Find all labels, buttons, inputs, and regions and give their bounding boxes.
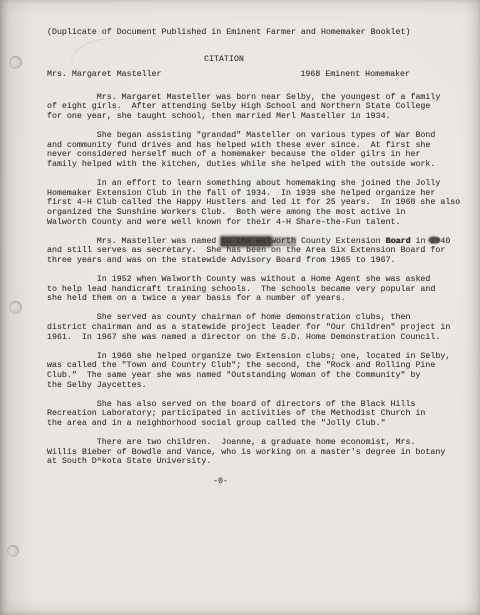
document-page: (Duplicate of Document Published in Emin… xyxy=(0,0,480,615)
paragraph-war-bond: She began assisting "grandad" Masteller … xyxy=(47,131,437,169)
ink-smudge: worth xyxy=(271,237,296,246)
end-mark: -0- xyxy=(47,477,437,487)
byline-name: Mrs. Margaret Masteller xyxy=(47,70,162,80)
duplicate-note: (Duplicate of Document Published in Emin… xyxy=(47,28,437,38)
punch-hole xyxy=(9,56,22,69)
paragraph-black-hills: She has also served on the board of dire… xyxy=(47,400,437,429)
paragraph-extension-board: Mrs. Masteller was named to the Walworth… xyxy=(47,237,437,266)
ink-smudge: to the Wal xyxy=(221,237,271,246)
paragraph-two-clubs: In 1960 she helped organize two Extensio… xyxy=(47,352,437,390)
paragraph-handicraft: In 1952 when Walworth County was without… xyxy=(47,275,437,304)
punch-hole xyxy=(9,301,22,314)
byline-year: 1968 Eminent Homemaker xyxy=(300,70,410,80)
paragraph-text: Mrs. Masteller was named xyxy=(47,237,221,246)
paragraph-text: County Extension xyxy=(296,237,386,246)
document-content: (Duplicate of Document Published in Emin… xyxy=(47,28,437,486)
paragraph-children: There are two children. Joanne, a gradua… xyxy=(47,438,437,467)
paragraph-birth: Mrs. Margaret Masteller was born near Se… xyxy=(47,93,437,122)
paragraph-chairman: She served as county chairman of home de… xyxy=(47,313,437,342)
document-title: CITATION xyxy=(47,55,437,65)
byline: Mrs. Margaret Masteller1968 Eminent Home… xyxy=(47,70,410,80)
overstruck-word: Board xyxy=(386,237,411,246)
paragraph-extension-club: In an effort to learn something about ho… xyxy=(47,179,437,227)
ink-blot xyxy=(429,237,439,243)
punch-hole xyxy=(7,545,19,557)
